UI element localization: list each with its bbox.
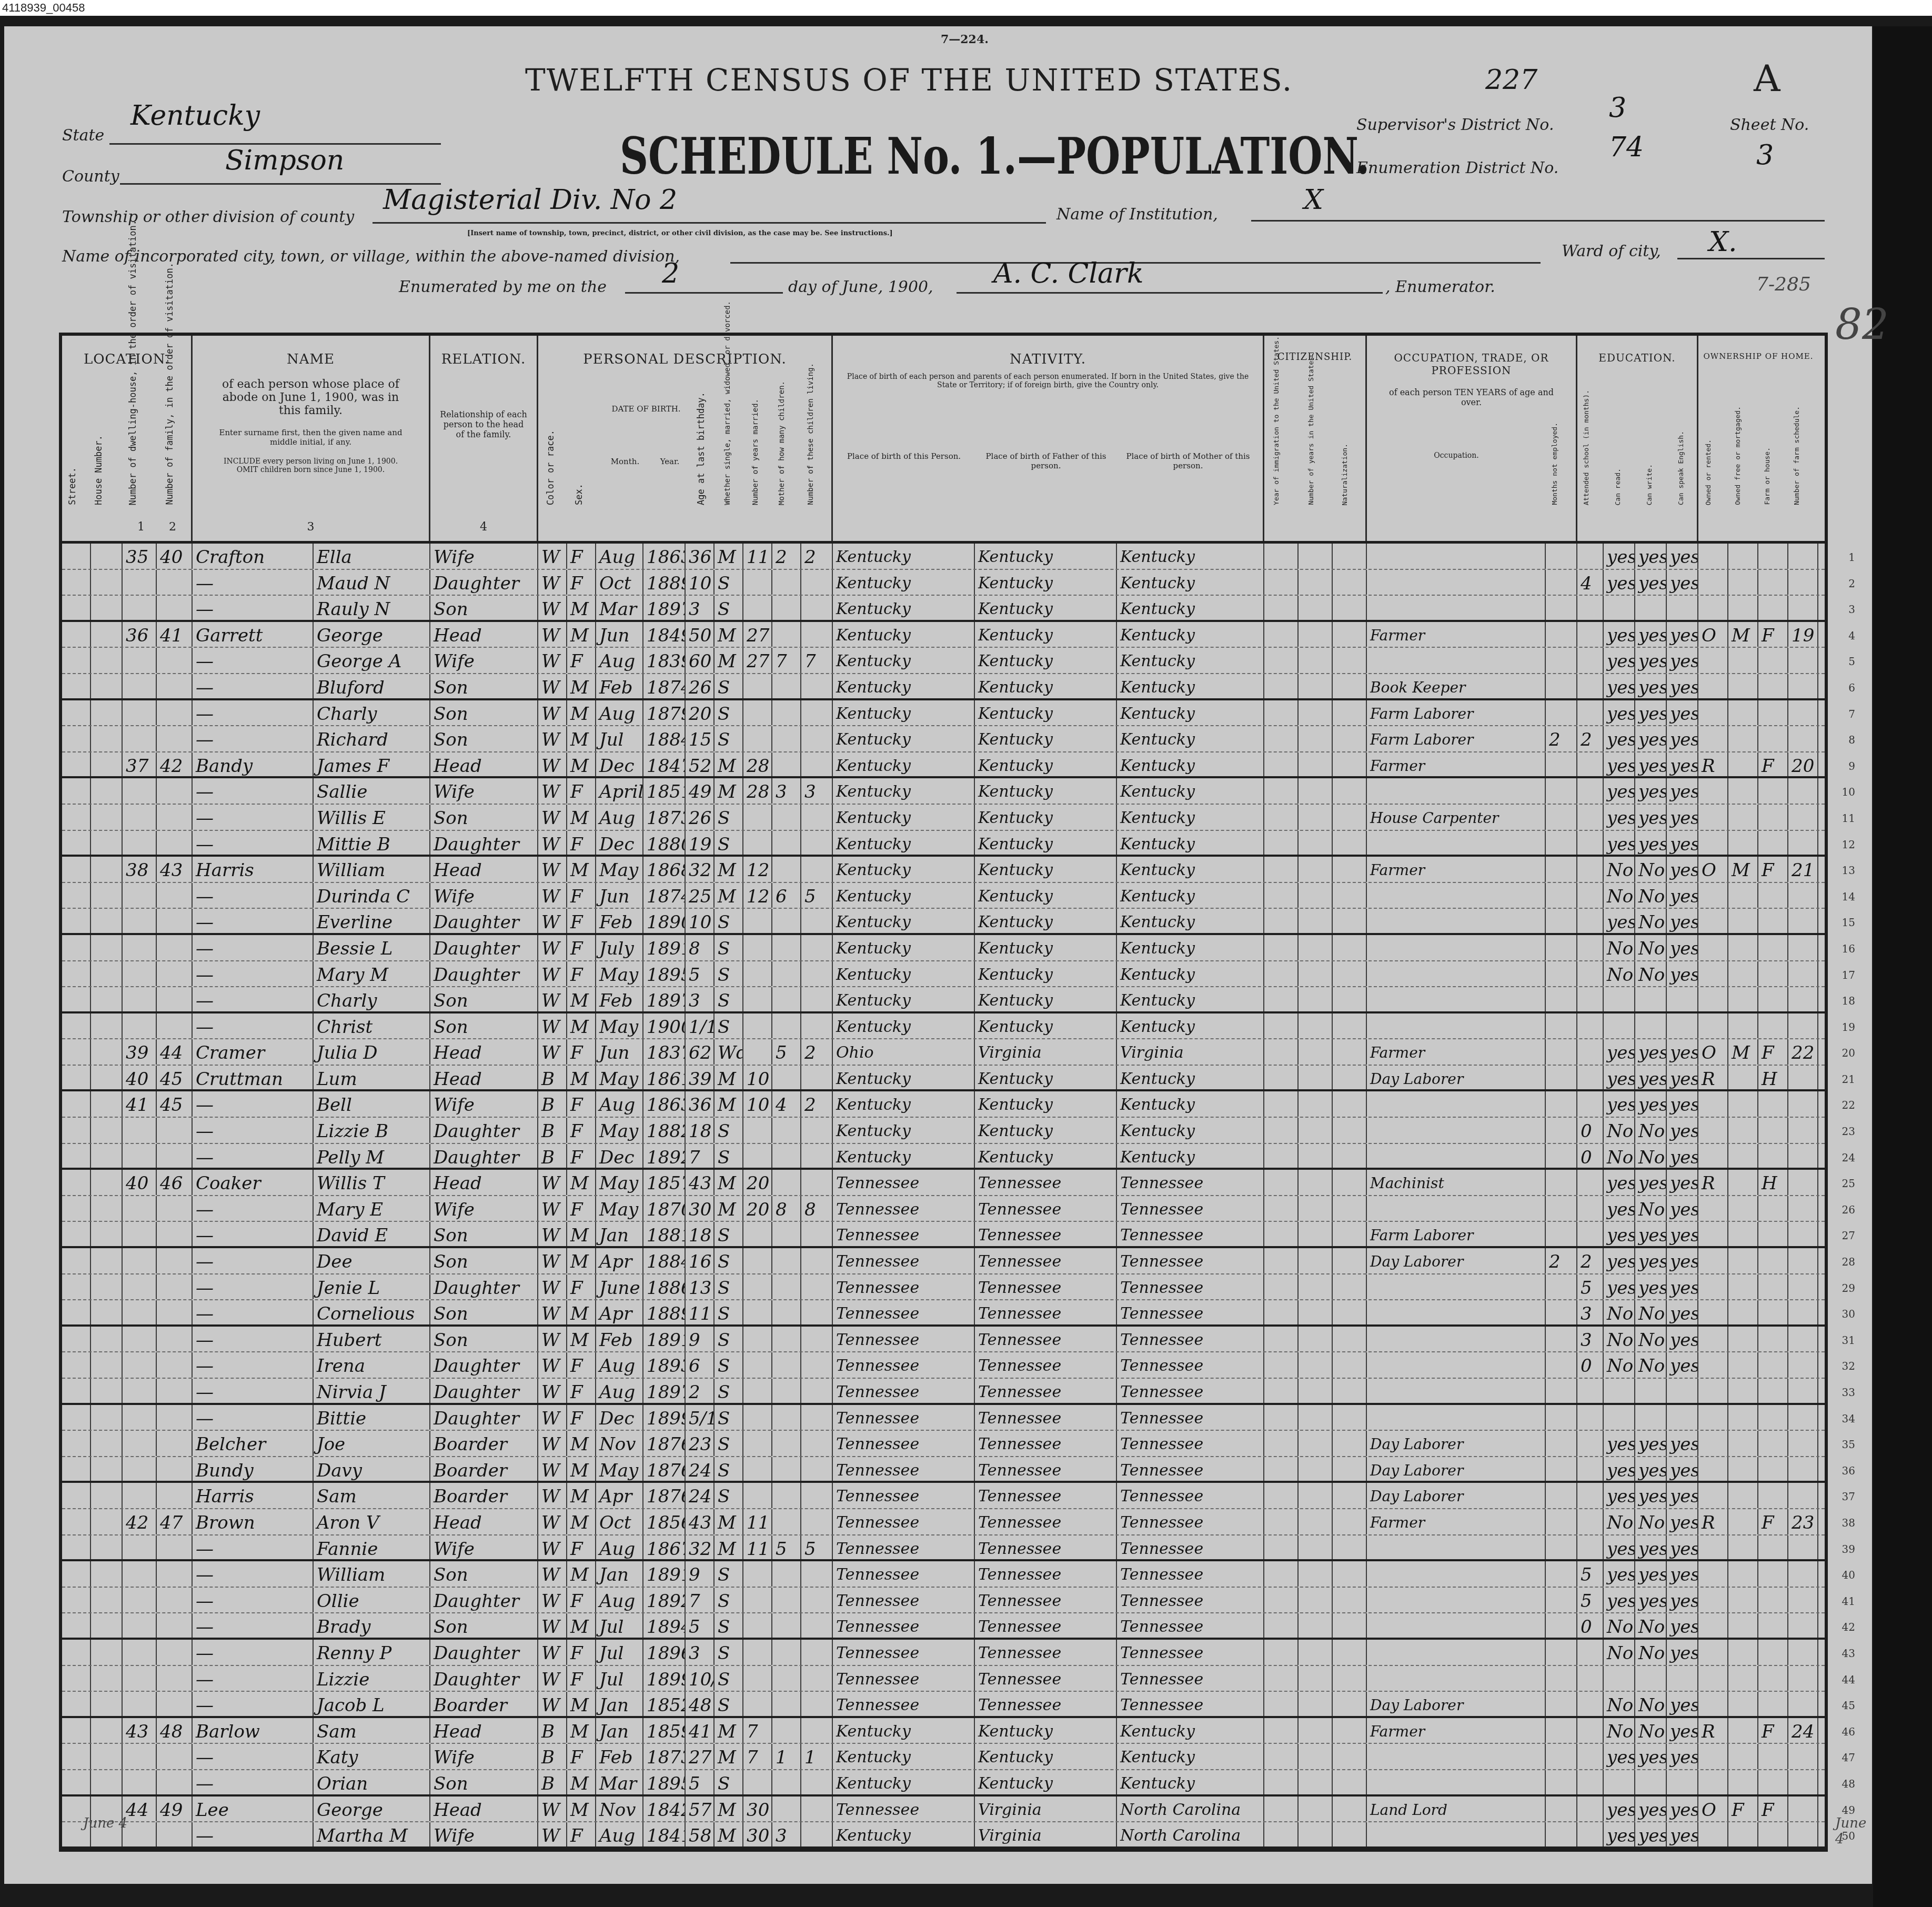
cell-color: W (538, 1405, 567, 1430)
cell-imm (1264, 1457, 1299, 1481)
cell-nat (1333, 674, 1367, 698)
cell-given: George (314, 622, 430, 647)
cell-free: M (1728, 1039, 1758, 1065)
cell-yrs-us (1299, 596, 1333, 620)
cell-house (91, 1405, 123, 1430)
cell-read: No (1604, 1640, 1635, 1665)
cell-age: 41 (686, 1718, 715, 1743)
cell-nat (1333, 1640, 1367, 1665)
cell-schedule (1788, 1822, 1818, 1846)
cell-yrs-married (743, 1588, 772, 1613)
cell-street (62, 1535, 91, 1560)
cell-write: yes (1635, 805, 1667, 830)
line-number: 38 (1842, 1509, 1855, 1537)
image-id-label: 4118939_00458 (2, 1, 85, 15)
cell-write: No (1635, 1300, 1667, 1324)
cell-own: O (1698, 857, 1728, 882)
cell-free: M (1728, 857, 1758, 882)
line-number: 21 (1842, 1066, 1855, 1093)
cell-yrs-married: 7 (743, 1718, 772, 1743)
sheet-letter: A (1754, 57, 1780, 100)
cell-birth: Tennessee (833, 1248, 975, 1273)
cell-family (157, 1483, 193, 1508)
cell-street (62, 1744, 91, 1769)
cell-yrs-us (1299, 1222, 1333, 1246)
cell-house (91, 596, 123, 620)
cell-birth: Kentucky (833, 1118, 975, 1143)
cell-given: Charly (314, 987, 430, 1011)
cell-mother: Tennessee (1117, 1274, 1264, 1300)
cell-month: Dec (596, 752, 643, 777)
cell-free (1728, 700, 1758, 726)
cell-occupation: Farmer (1367, 1718, 1546, 1743)
cell-color: W (538, 1509, 567, 1534)
cell-english: yes (1667, 1039, 1698, 1065)
cell-farm (1758, 1770, 1788, 1794)
cell-color: B (538, 1091, 567, 1117)
cell-nat (1333, 1692, 1367, 1716)
cell-street (62, 857, 91, 882)
cell-yrs-married: 12 (743, 883, 772, 908)
cell-read (1604, 1666, 1635, 1691)
cell-imm (1264, 674, 1299, 698)
cell-read: yes (1604, 544, 1635, 569)
cell-farm: F (1758, 622, 1788, 647)
cell-living (801, 1300, 833, 1324)
cell-farm (1758, 1457, 1788, 1481)
table-row: —Jacob LBoarderWMJan185248STennesseeTenn… (62, 1692, 1825, 1718)
cell-unemployed (1546, 1744, 1577, 1769)
cell-marital: M (715, 1744, 743, 1769)
cell-school (1577, 1483, 1604, 1508)
cell-month: Feb (596, 1744, 643, 1769)
cell-free (1728, 1509, 1758, 1534)
cell-given: Mary M (314, 961, 430, 987)
colnum-1: 1 (125, 520, 157, 534)
cell-unemployed (1546, 570, 1577, 595)
cell-read: yes (1604, 674, 1635, 698)
cell-father: Tennessee (975, 1666, 1117, 1691)
name-include: INCLUDE every person living on June 1, 1… (193, 447, 429, 474)
cell-father: Tennessee (975, 1222, 1117, 1246)
cell-free (1728, 935, 1758, 960)
cell-given: William (314, 857, 430, 882)
cell-nat (1333, 1588, 1367, 1613)
cell-dwelling (123, 1144, 157, 1168)
cell-house (91, 1640, 123, 1665)
cell-yrs-us (1299, 1274, 1333, 1300)
cell-surname: — (193, 1300, 314, 1324)
cell-mother-of (772, 805, 801, 830)
county-label: County (62, 167, 119, 186)
cell-farm (1758, 544, 1788, 569)
cell-color: B (538, 1770, 567, 1794)
cell-father: Tennessee (975, 1640, 1117, 1665)
cell-free (1728, 1457, 1758, 1481)
cell-yrs-us (1299, 1666, 1333, 1691)
line-number: 13 (1842, 857, 1855, 884)
cell-unemployed (1546, 1039, 1577, 1065)
cell-relation: Head (430, 1066, 538, 1090)
read-heading: Can read. (1614, 468, 1622, 505)
cell-imm (1264, 1379, 1299, 1403)
enumerated-label: Enumerated by me on the (399, 278, 607, 296)
cell-marital: M (715, 778, 743, 804)
cell-mother-of (772, 1431, 801, 1456)
cell-yrs-married (743, 1431, 772, 1456)
cell-read: No (1604, 1327, 1635, 1352)
cell-dwelling (123, 648, 157, 673)
cell-mother: Kentucky (1117, 622, 1264, 647)
cell-family (157, 987, 193, 1011)
cell-imm (1264, 909, 1299, 933)
cell-birth: Kentucky (833, 778, 975, 804)
cell-english: yes (1667, 1091, 1698, 1117)
cell-surname: — (193, 1744, 314, 1769)
cell-read: yes (1604, 1483, 1635, 1508)
cell-mother: Kentucky (1117, 570, 1264, 595)
cell-yrs-us (1299, 1091, 1333, 1117)
cell-imm (1264, 778, 1299, 804)
cell-farm (1758, 778, 1788, 804)
line-number: 9 (1848, 752, 1855, 780)
line-number: 45 (1842, 1692, 1855, 1719)
cell-write: No (1635, 1640, 1667, 1665)
cell-birth: Ohio (833, 1039, 975, 1065)
cell-father: Tennessee (975, 1483, 1117, 1508)
cell-mother: Kentucky (1117, 805, 1264, 830)
cell-mother-of (772, 700, 801, 726)
cell-age: 11 (686, 1300, 715, 1324)
cell-schedule (1788, 1118, 1818, 1143)
cell-schedule (1788, 1222, 1818, 1246)
cell-unemployed (1546, 935, 1577, 960)
cell-month: Aug (596, 1535, 643, 1560)
cell-free (1728, 1379, 1758, 1403)
cell-living (801, 1718, 833, 1743)
cell-school (1577, 778, 1604, 804)
cell-write: yes (1635, 752, 1667, 777)
cell-occupation (1367, 1405, 1546, 1430)
cell-free (1728, 1405, 1758, 1430)
cell-living (801, 1561, 833, 1587)
line-number: 44 (1842, 1666, 1855, 1693)
cell-living (801, 570, 833, 595)
cell-family: 42 (157, 752, 193, 777)
cell-english (1667, 1379, 1698, 1403)
table-row: —Willis ESonWMAug187326SKentuckyKentucky… (62, 805, 1825, 831)
cell-house (91, 674, 123, 698)
cell-house (91, 1144, 123, 1168)
cell-month: April (596, 778, 643, 804)
cell-farm (1758, 909, 1788, 933)
cell-family (157, 726, 193, 751)
cell-read: No (1604, 1300, 1635, 1324)
cell-sex: M (567, 1770, 596, 1794)
cell-marital: M (715, 1196, 743, 1221)
cell-street (62, 1248, 91, 1273)
table-row: —Lizzie BDaughterBFMay188218SKentuckyKen… (62, 1118, 1825, 1144)
cell-read: yes (1604, 1039, 1635, 1065)
cell-living (801, 1379, 833, 1403)
cell-marital: S (715, 1352, 743, 1378)
cell-marital: S (715, 1692, 743, 1716)
cell-year: 1895 (643, 961, 686, 987)
cell-school (1577, 596, 1604, 620)
cell-family (157, 805, 193, 830)
cell-school (1577, 805, 1604, 830)
cell-family: 44 (157, 1039, 193, 1065)
cell-write: No (1635, 1613, 1667, 1638)
cell-birth: Tennessee (833, 1535, 975, 1560)
cell-farm: F (1758, 857, 1788, 882)
cell-color: W (538, 831, 567, 855)
county-value: Simpson (225, 145, 344, 176)
cell-write: yes (1635, 700, 1667, 726)
cell-given: Renny P (314, 1640, 430, 1665)
cell-sex: F (567, 883, 596, 908)
cell-sex: M (567, 1718, 596, 1743)
cell-color: B (538, 1744, 567, 1769)
cell-month: July (596, 935, 643, 960)
cell-imm (1264, 648, 1299, 673)
table-row: —IrenaDaughterWFAug18936STennesseeTennes… (62, 1352, 1825, 1379)
cell-unemployed (1546, 1796, 1577, 1822)
cell-month: Apr (596, 1300, 643, 1324)
cell-unemployed (1546, 831, 1577, 855)
cell-imm (1264, 1613, 1299, 1638)
cell-yrs-married: 7 (743, 1744, 772, 1769)
table-header: LOCATION. Street. House Number. Number o… (62, 336, 1825, 544)
cell-mother: Tennessee (1117, 1457, 1264, 1481)
cell-read: yes (1604, 778, 1635, 804)
cell-family (157, 1822, 193, 1846)
cell-own (1698, 1196, 1728, 1221)
table-row: —HubertSonWMFeb18919STennesseeTennesseeT… (62, 1327, 1825, 1353)
table-row: —EverlineDaughterWFFeb189010SKentuckyKen… (62, 909, 1825, 935)
cell-yrs-married (743, 831, 772, 855)
line-number: 7 (1848, 700, 1855, 728)
cell-read: yes (1604, 1457, 1635, 1481)
cell-yrs-us (1299, 1248, 1333, 1273)
cell-color: W (538, 909, 567, 933)
cell-sex: M (567, 805, 596, 830)
cell-mother: Tennessee (1117, 1196, 1264, 1221)
cell-free (1728, 1483, 1758, 1508)
cell-living (801, 961, 833, 987)
cell-surname: Bundy (193, 1457, 314, 1481)
cell-free (1728, 1013, 1758, 1039)
cell-schedule: 21 (1788, 857, 1818, 882)
cell-sex: F (567, 1196, 596, 1221)
cell-relation: Daughter (430, 961, 538, 987)
cell-surname: Barlow (193, 1718, 314, 1743)
table-row: BelcherJoeBoarderWMNov187623STennesseeTe… (62, 1431, 1825, 1457)
cell-farm (1758, 935, 1788, 960)
cell-marital: M (715, 1535, 743, 1560)
cell-mother: Tennessee (1117, 1692, 1264, 1716)
cell-living (801, 857, 833, 882)
cell-school (1577, 1170, 1604, 1195)
cell-family (157, 1248, 193, 1273)
cell-relation: Daughter (430, 1640, 538, 1665)
cell-sex: M (567, 1561, 596, 1587)
cell-father: Kentucky (975, 674, 1117, 698)
cell-street (62, 1666, 91, 1691)
cell-yrs-us (1299, 857, 1333, 882)
table-row: —Jenie LDaughterWFJune188613STennesseeTe… (62, 1274, 1825, 1301)
cell-age: 32 (686, 857, 715, 882)
cell-nat (1333, 1822, 1367, 1846)
cell-farm (1758, 1692, 1788, 1716)
cell-given: Fannie (314, 1535, 430, 1560)
cell-given: Sallie (314, 778, 430, 804)
cell-schedule (1788, 1196, 1818, 1221)
cell-schedule (1788, 1066, 1818, 1090)
cell-year: 1880 (643, 831, 686, 855)
cell-color: W (538, 1588, 567, 1613)
cell-english: yes (1667, 1822, 1698, 1846)
cell-father: Kentucky (975, 752, 1117, 777)
cell-surname: — (193, 831, 314, 855)
cell-school: 0 (1577, 1613, 1604, 1638)
cell-color: W (538, 1483, 567, 1508)
cell-father: Kentucky (975, 1770, 1117, 1794)
cell-write: No (1635, 1352, 1667, 1378)
cell-mother-of: 5 (772, 1535, 801, 1560)
cell-own (1698, 1483, 1728, 1508)
cell-year: 1891 (643, 935, 686, 960)
cell-school (1577, 1013, 1604, 1039)
cell-schedule: 20 (1788, 752, 1818, 777)
cell-dwelling (123, 1300, 157, 1324)
cell-house (91, 1327, 123, 1352)
cell-living (801, 1013, 833, 1039)
cell-own (1698, 700, 1728, 726)
line-number: 35 (1842, 1431, 1855, 1458)
cell-yrs-us (1299, 1144, 1333, 1168)
cell-mother-of (772, 831, 801, 855)
cell-living: 5 (801, 883, 833, 908)
cell-english: yes (1667, 622, 1698, 647)
cell-marital: S (715, 1144, 743, 1168)
cell-read: yes (1604, 1091, 1635, 1117)
cell-dwelling (123, 1822, 157, 1846)
cell-year: 1876 (643, 1431, 686, 1456)
cell-year: 1893 (643, 1352, 686, 1378)
cell-unemployed (1546, 1118, 1577, 1143)
cell-living (801, 1431, 833, 1456)
cell-imm (1264, 1405, 1299, 1430)
cell-age: 8 (686, 935, 715, 960)
cell-unemployed (1546, 909, 1577, 933)
cell-mother: Tennessee (1117, 1222, 1264, 1246)
cell-dwelling: 41 (123, 1091, 157, 1117)
cell-age: 7 (686, 1588, 715, 1613)
cell-free (1728, 570, 1758, 595)
cell-english: yes (1667, 752, 1698, 777)
cell-write (1635, 1379, 1667, 1403)
cell-relation: Wife (430, 1091, 538, 1117)
cell-occupation (1367, 596, 1546, 620)
cell-yrs-married (743, 1248, 772, 1273)
cell-english (1667, 596, 1698, 620)
birth-person-heading: Place of birth of this Person. (833, 451, 975, 461)
sheet-no-value: 3 (1756, 139, 1774, 171)
sex-heading: Sex. (574, 484, 585, 505)
line-number: 23 (1842, 1118, 1855, 1145)
years-in-us-heading: Number of years in the United States. (1307, 353, 1315, 505)
birth-mother-heading: Place of birth of Mother of this person. (1117, 451, 1259, 470)
cell-house (91, 1588, 123, 1613)
cell-surname: — (193, 1535, 314, 1560)
cell-school (1577, 1692, 1604, 1716)
cell-given: Aron V (314, 1509, 430, 1534)
cell-marital: Wd (715, 1039, 743, 1065)
cell-read: yes (1604, 1796, 1635, 1822)
cell-given: Richard (314, 726, 430, 751)
cell-school: 5 (1577, 1561, 1604, 1587)
cell-farm (1758, 1561, 1788, 1587)
cell-free (1728, 805, 1758, 830)
table-row: —LizzieDaughterWFJul189910/12STennesseeT… (62, 1666, 1825, 1692)
cell-sex: F (567, 1274, 596, 1300)
cell-color: W (538, 700, 567, 726)
cell-own (1698, 987, 1728, 1011)
cell-mother: Tennessee (1117, 1561, 1264, 1587)
cell-unemployed (1546, 1666, 1577, 1691)
cell-relation: Boarder (430, 1483, 538, 1508)
cell-school (1577, 622, 1604, 647)
cell-house (91, 648, 123, 673)
cell-birth: Tennessee (833, 1640, 975, 1665)
cell-street (62, 726, 91, 751)
line-number: 41 (1842, 1588, 1855, 1615)
cell-color: W (538, 1640, 567, 1665)
cell-nat (1333, 1535, 1367, 1560)
cell-yrs-us (1299, 831, 1333, 855)
cell-dwelling (123, 1483, 157, 1508)
cell-schedule (1788, 1327, 1818, 1352)
cell-english: yes (1667, 935, 1698, 960)
cell-nat (1333, 1274, 1367, 1300)
cell-month: Dec (596, 1144, 643, 1168)
cell-sex: F (567, 1640, 596, 1665)
cell-imm (1264, 987, 1299, 1011)
cell-year: 1899 (643, 1405, 686, 1430)
cell-free (1728, 1144, 1758, 1168)
cell-family (157, 935, 193, 960)
line-number: 5 (1848, 648, 1855, 675)
cell-relation: Head (430, 1509, 538, 1534)
cell-living: 3 (801, 778, 833, 804)
cell-given: James F (314, 752, 430, 777)
cell-dwelling (123, 596, 157, 620)
cell-english: yes (1667, 1431, 1698, 1456)
cell-imm (1264, 1666, 1299, 1691)
city-label: Name of incorporated city, town, or vill… (62, 247, 680, 266)
cell-dwelling (123, 805, 157, 830)
cell-school (1577, 1744, 1604, 1769)
cell-own: R (1698, 752, 1728, 777)
table-row: —BradySonWMJul18945STennesseeTennesseeTe… (62, 1613, 1825, 1640)
cell-unemployed (1546, 805, 1577, 830)
cell-own (1698, 1274, 1728, 1300)
table-row: —OllieDaughterWFAug18927STennesseeTennes… (62, 1588, 1825, 1614)
cell-yrs-married (743, 935, 772, 960)
cell-month: Nov (596, 1431, 643, 1456)
cell-yrs-married: 30 (743, 1822, 772, 1846)
